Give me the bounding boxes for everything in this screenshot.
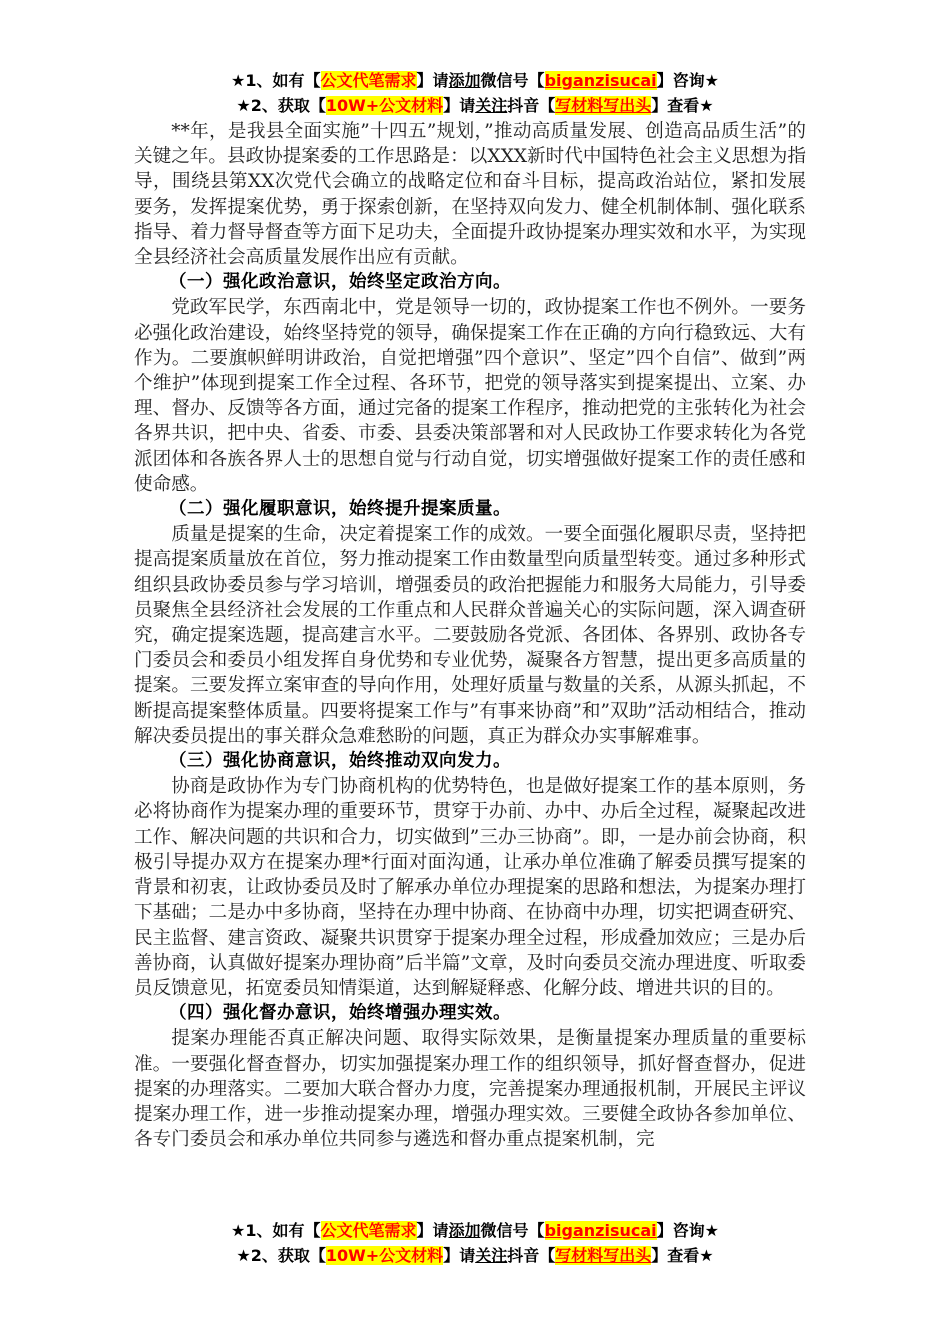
promo-suffix: 】查看★ <box>651 1246 713 1265</box>
section-heading-1: （一）强化政治意识，始终坚定政治方向。 <box>134 270 806 295</box>
promo-text: 抖音【 <box>507 96 555 115</box>
promo-line-1: ★1、如有【公文代笔需求】请添加微信号【biganzisucai】咨询★ <box>0 1218 950 1243</box>
promo-wechat-id[interactable]: biganzisucai <box>545 71 657 90</box>
promo-highlight-service: 公文代笔需求 <box>321 1221 417 1240</box>
promo-highlight-service: 公文代笔需求 <box>321 71 417 90</box>
promo-wechat-id[interactable]: biganzisucai <box>545 1221 657 1240</box>
promo-text: 】请 <box>443 96 475 115</box>
promo-prefix: ★2、获取【 <box>236 1246 325 1265</box>
promo-douyin-account[interactable]: 写材料写出头 <box>555 96 651 115</box>
intro-paragraph: **年，是我县全面实施”十四五”规划，”推动高质量发展、创造高品质生活”的关键之… <box>134 119 806 270</box>
section-heading-2: （二）强化履职意识，始终提升提案质量。 <box>134 497 806 522</box>
promo-line-2: ★2、获取【10W+公文材料】请关注抖音【写材料写出头】查看★ <box>0 93 950 118</box>
promo-text: 抖音【 <box>507 1246 555 1265</box>
document-page: ★1、如有【公文代笔需求】请添加微信号【biganzisucai】咨询★ ★2、… <box>0 0 950 1344</box>
promo-text: 微信号【 <box>481 71 545 90</box>
promo-prefix: ★2、获取【 <box>236 96 325 115</box>
document-body: **年，是我县全面实施”十四五”规划，”推动高质量发展、创造高品质生活”的关键之… <box>134 119 806 1152</box>
promo-text: 微信号【 <box>481 1221 545 1240</box>
promo-prefix: ★1、如有【 <box>231 1221 320 1240</box>
section-heading-3: （三）强化协商意识，始终推动双向发力。 <box>134 749 806 774</box>
promo-suffix: 】查看★ <box>651 96 713 115</box>
promo-underlined-follow: 关注 <box>475 1246 507 1265</box>
promo-underlined-add: 添加 <box>449 71 481 90</box>
promo-highlight-materials: 10W+公文材料 <box>326 96 443 115</box>
promo-prefix: ★1、如有【 <box>231 71 320 90</box>
section-heading-4: （四）强化督办意识，始终增强办理实效。 <box>134 1001 806 1026</box>
promo-underlined-add: 添加 <box>449 1221 481 1240</box>
section-body-1: 党政军民学，东西南北中，党是领导一切的，政协提案工作也不例外。一要务必强化政治建… <box>134 295 806 497</box>
promo-text: 】请 <box>443 1246 475 1265</box>
section-body-4: 提案办理能否真正解决问题、取得实际效果，是衡量提案办理质量的重要标准。一要强化督… <box>134 1026 806 1152</box>
promo-line-1: ★1、如有【公文代笔需求】请添加微信号【biganzisucai】咨询★ <box>0 68 950 93</box>
promo-suffix: 】咨询★ <box>657 1221 719 1240</box>
promo-highlight-materials: 10W+公文材料 <box>326 1246 443 1265</box>
promo-douyin-account[interactable]: 写材料写出头 <box>555 1246 651 1265</box>
promo-text: 】请 <box>417 1221 449 1240</box>
promo-suffix: 】咨询★ <box>657 71 719 90</box>
promo-banner-bottom: ★1、如有【公文代笔需求】请添加微信号【biganzisucai】咨询★ ★2、… <box>0 1218 950 1268</box>
section-body-3: 协商是政协作为专门协商机构的优势特色，也是做好提案工作的基本原则，务必将协商作为… <box>134 774 806 1001</box>
promo-line-2: ★2、获取【10W+公文材料】请关注抖音【写材料写出头】查看★ <box>0 1243 950 1268</box>
section-body-2: 质量是提案的生命，决定着提案工作的成效。一要全面强化履职尽责，坚持把提高提案质量… <box>134 522 806 749</box>
promo-underlined-follow: 关注 <box>475 96 507 115</box>
promo-banner-top: ★1、如有【公文代笔需求】请添加微信号【biganzisucai】咨询★ ★2、… <box>0 68 950 118</box>
promo-text: 】请 <box>417 71 449 90</box>
